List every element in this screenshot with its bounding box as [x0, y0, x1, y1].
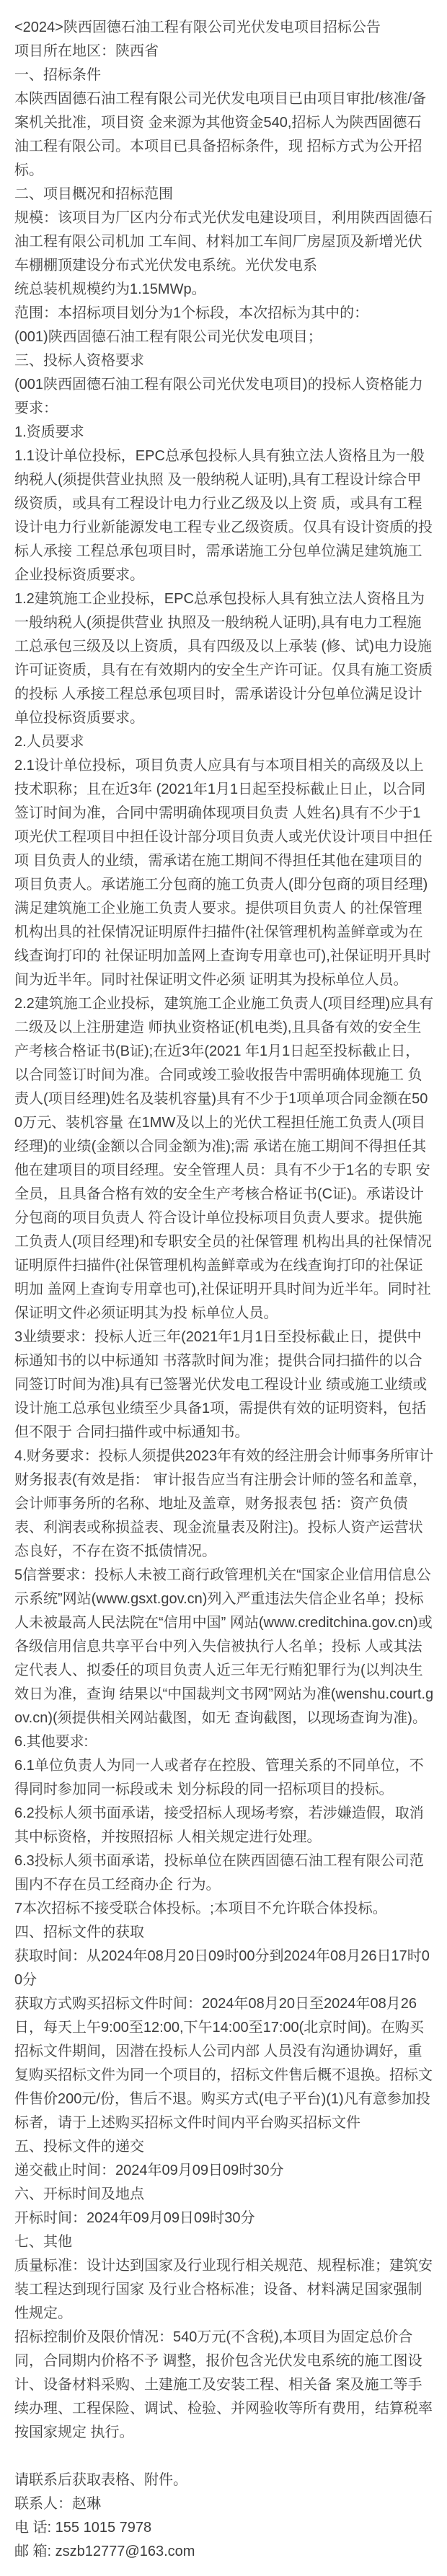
- contact-person: 联系人：赵琳: [14, 2492, 434, 2516]
- paragraph: 1.资质要求: [14, 421, 434, 444]
- paragraph: 3业绩要求：投标人近三年(2021年1月1日至投标截止日，提供中标通知书的以中标…: [14, 1326, 434, 1445]
- paragraph: 二、项目概况和招标范围: [14, 183, 434, 206]
- contact-notice: 请联系后获取表格、附件。: [14, 2468, 434, 2492]
- paragraph: 质量标准：设计达到国家及行业现行相关规范、规程标准；建筑安装工程达到现行国家 及…: [14, 2254, 434, 2326]
- announcement-body: 一、招标条件本陕西固德石油工程有限公司光伏发电项目已由项目审批/核准/备案机关批…: [14, 63, 434, 2445]
- contact-email: 邮 箱: zszb12777@163.com: [14, 2540, 434, 2564]
- paragraph: 本陕西固德石油工程有限公司光伏发电项目已由项目审批/核准/备案机关批准，项目资 …: [14, 87, 434, 183]
- paragraph: 四、招标文件的获取: [14, 1921, 434, 1945]
- project-region-line: 项目所在地区：陕西省: [14, 40, 434, 63]
- paragraph: 4.财务要求：投标人须提供2023年有效的经注册会计师事务所审计财务报表(有效是…: [14, 1445, 434, 1564]
- paragraph: (001陕西固德石油工程有限公司光伏发电项目)的投标人资格能力要求：: [14, 373, 434, 421]
- paragraph: 获取时间：从2024年08月20日09时00分到2024年08月26日17时00…: [14, 1945, 434, 1992]
- paragraph: 1.1设计单位投标，EPC总承包投标人具有独立法人资格且为一般纳税人(须提供营业…: [14, 444, 434, 587]
- blank-line: [14, 2445, 434, 2468]
- paragraph: 6.1单位负责人为同一人或者存在控股、管理关系的不同单位，不得同时参加同一标段或…: [14, 1754, 434, 1802]
- announcement-document: <2024>陕西固德石油工程有限公司光伏发电项目招标公告 项目所在地区：陕西省 …: [0, 0, 447, 2564]
- paragraph: 统总装机规模约为1.15MWp。: [14, 278, 434, 302]
- paragraph: 6.其他要求:: [14, 1730, 434, 1754]
- paragraph: 规模：该项目为厂区内分布式光伏发电建设项目，利用陕西固德石油工程有限公司机加 工…: [14, 206, 434, 278]
- paragraph: 5信誉要求：投标人未被工商行政管理机关在“国家企业信用信息公示系统”网站(www…: [14, 1564, 434, 1730]
- paragraph: 五、投标文件的递交: [14, 2135, 434, 2159]
- paragraph: 招标控制价及限价情况：540万元(不含税),本项目为固定总价合同，合同期内价格不…: [14, 2326, 434, 2445]
- paragraph: 获取方式购买招标文件时间：2024年08月20日至2024年08月26日，每天上…: [14, 1992, 434, 2135]
- paragraph: 三、投标人资格要求: [14, 349, 434, 373]
- paragraph: 2.1设计单位投标，项目负责人应具有与本项目相关的高级及以上技术职称；且在近3年…: [14, 754, 434, 992]
- paragraph: 7本次招标不接受联合体投标。;本项目不允许联合体投标。: [14, 1897, 434, 1921]
- paragraph: 6.3投标人须书面承诺，投标单位在陕西固德石油工程有限公司范围内不存在员工经商办…: [14, 1849, 434, 1897]
- paragraph: 六、开标时间及地点: [14, 2183, 434, 2207]
- paragraph: 开标时间：2024年09月09日09时30分: [14, 2207, 434, 2230]
- paragraph: 2.人员要求: [14, 730, 434, 754]
- page-title: <2024>陕西固德石油工程有限公司光伏发电项目招标公告: [14, 16, 434, 40]
- paragraph: 递交截止时间：2024年09月09日09时30分: [14, 2159, 434, 2183]
- paragraph: 1.2建筑施工企业投标，EPC总承包投标人具有独立法人资格且为一般纳税人(须提供…: [14, 587, 434, 730]
- contact-phone: 电 话: 155 1015 7978: [14, 2516, 434, 2540]
- paragraph: 七、其他: [14, 2230, 434, 2254]
- paragraph: 2.2建筑施工企业投标，建筑施工企业施工负责人(项目经理)应具有二级及以上注册建…: [14, 992, 434, 1326]
- paragraph: (001)陕西固德石油工程有限公司光伏发电项目；: [14, 325, 434, 349]
- paragraph: 6.2投标人须书面承诺，接受招标人现场考察，若涉嫌造假，取消其中标资格，并按照招…: [14, 1802, 434, 1849]
- paragraph: 范围：本招标项目划分为1个标段，本次招标为其中的：: [14, 302, 434, 325]
- paragraph: 一、招标条件: [14, 63, 434, 87]
